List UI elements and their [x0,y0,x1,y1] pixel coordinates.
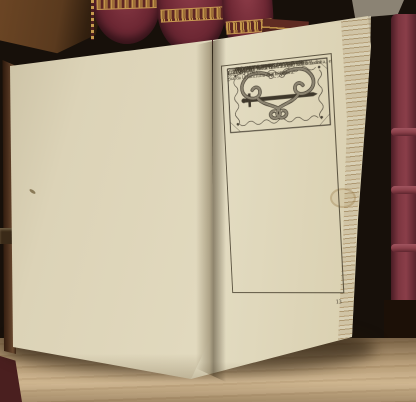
printed-text-block: Appare il medesimo luogo, nell'ora del t… [217,46,349,309]
ribbed-maroon-spine [391,14,416,336]
gold-tooling-band [96,0,157,10]
spine-raised-band [391,244,416,252]
spine-raised-band [391,128,416,136]
spine-raised-band [391,186,416,194]
gold-tooling-band [160,6,223,22]
background-brown-book [0,0,104,56]
page-rule-frame: Appare il medesimo luogo, nell'ora del t… [221,53,344,293]
gold-hinge-dots [91,0,94,40]
maroon-book-spine-1 [93,0,161,45]
photo-open-book-on-shelf: Appare il medesimo luogo, nell'ora del t… [0,0,416,402]
page-number: 13 [233,299,345,306]
